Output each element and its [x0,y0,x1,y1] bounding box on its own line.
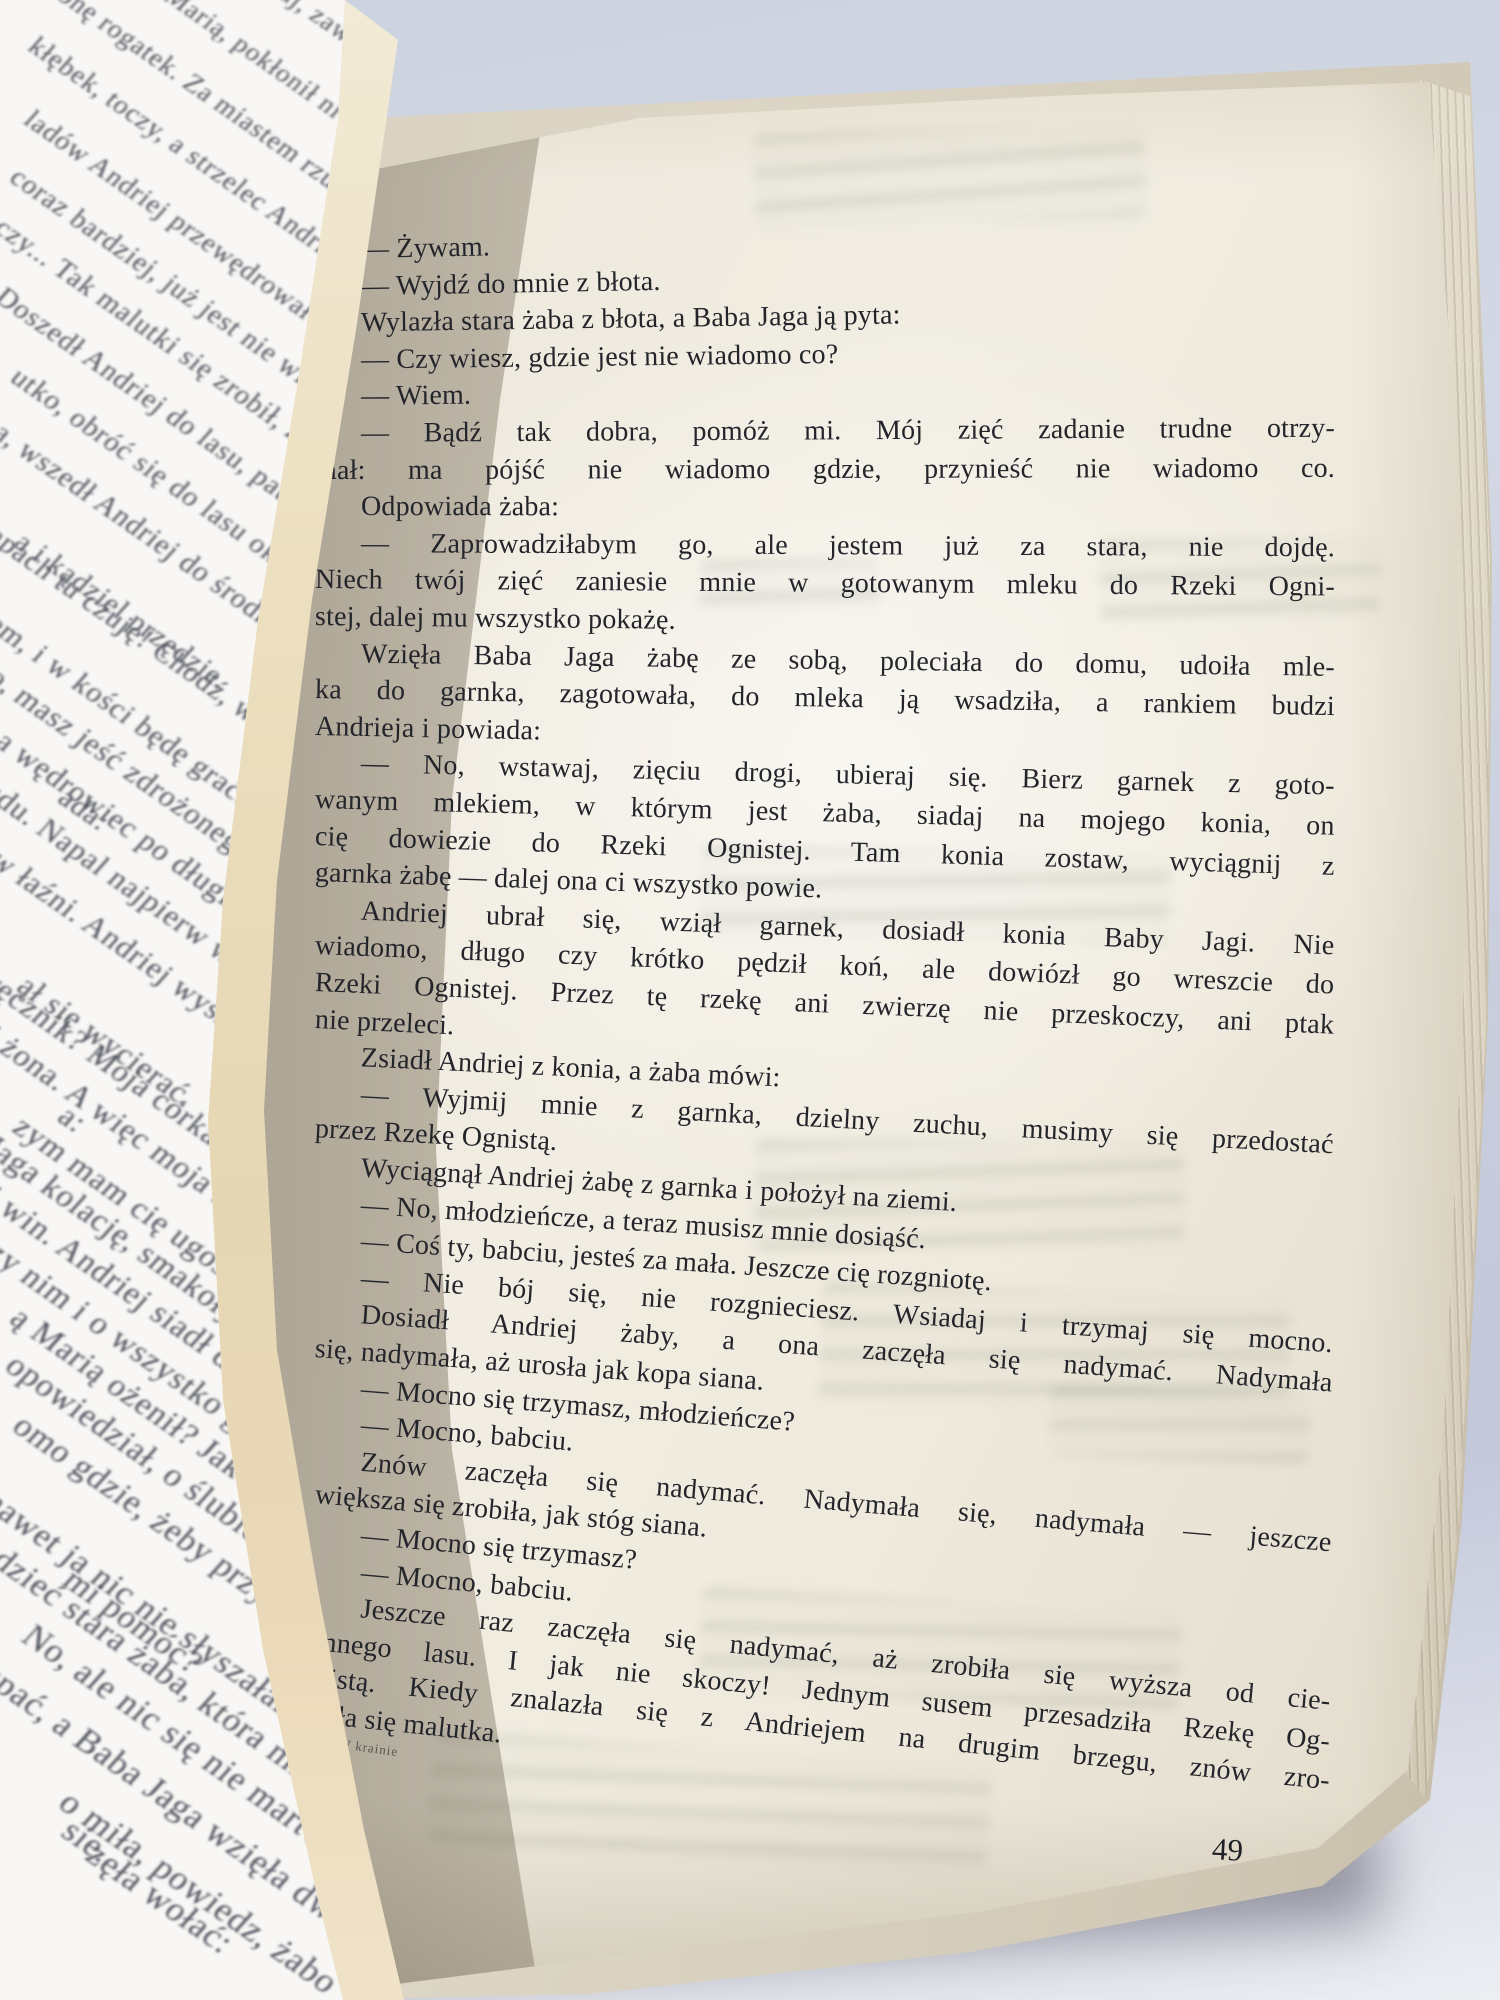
book-photo: — Żywam.— Wyjdź do mnie z błota.Wylazła … [0,0,1500,2000]
text-line: Niech twój zięć zaniesie mnie w gotowany… [315,564,1335,603]
text-line: — Czy wiesz, gdzie jest nie wiadomo co? [315,333,1335,377]
text-line: — Bądź tak dobra, pomóż mi. Mój zięć zad… [315,413,1335,450]
text-line: stej, dalej mu wszystko pokażę. [315,601,1335,644]
text-line: — Wiem. [315,373,1335,414]
text-line: mał: ma pójść nie wiadomo gdzie, przynie… [315,452,1335,486]
text-line: — Zaprowadziłabym go, ale jestem już za … [315,528,1335,564]
text-line: Odpowiada żaba: [315,491,1335,524]
right-page-text: — Żywam.— Wyjdź do mnie z błota.Wylazła … [315,235,1345,1815]
showthrough-smudge [753,121,1146,230]
